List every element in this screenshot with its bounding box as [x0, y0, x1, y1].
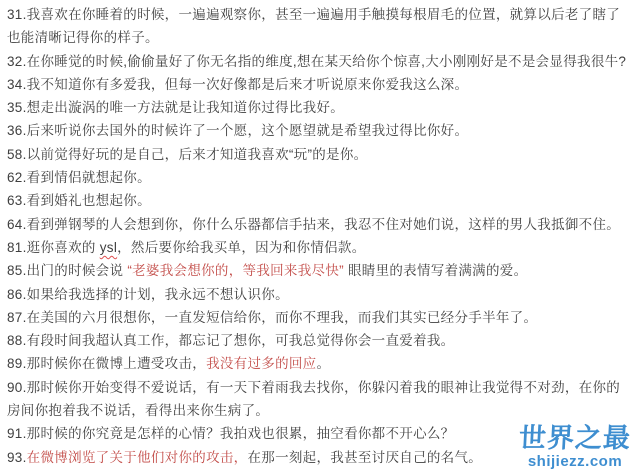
- text-segment: 81.逛你喜欢的: [7, 240, 100, 255]
- text-line: 87.在美国的六月很想你，一直发短信给你，而你不理我，而我们其实已经分手半年了。: [7, 306, 630, 329]
- text-segment: 32.在你睡觉的时候,偷偷量好了你无名指的维度,想在某天给你个惊喜,大小刚刚好是…: [7, 54, 626, 69]
- text-line: 85.出门的时候会说 “老婆我会想你的，等我回来我尽快” 眼睛里的表情写着满满的…: [7, 259, 630, 282]
- text-segment: 93.: [7, 450, 27, 465]
- text-segment: 。: [316, 356, 330, 371]
- text-segment: 89.那时候你在微博上遭受攻击，: [7, 356, 206, 371]
- text-segment: 58.以前觉得好玩的是自己，后来才知道我喜欢“玩”的是你。: [7, 147, 367, 162]
- text-line: 64.看到弹钢琴的人会想到你，你什么乐器都信手拈来，我忍不住对她们说，这样的男人…: [7, 213, 630, 236]
- text-segment: 64.看到弹钢琴的人会想到你，你什么乐器都信手拈来，我忍不住对她们说，这样的男人…: [7, 217, 620, 232]
- spellcheck-word: ysl: [100, 240, 117, 255]
- text-segment: 在那一刻起，我甚至讨厌自己的名气。: [247, 450, 482, 465]
- text-line: 90.那时候你开始变得不爱说话，有一天下着雨我去找你，你躲闪着我的眼神让我觉得不…: [7, 376, 630, 423]
- text-segment: 31.我喜欢在你睡着的时候，一遍遍观察你，甚至一遍遍用手触摸每根眉毛的位置，就算…: [7, 7, 620, 45]
- text-line: 62.看到情侣就想起你。: [7, 166, 630, 189]
- text-segment: 91.那时候的你究竟是怎样的心情？我拍戏也很累，抽空看你都不开心么？: [7, 426, 454, 441]
- text-page: 31.我喜欢在你睡着的时候，一遍遍观察你，甚至一遍遍用手触摸每根眉毛的位置，就算…: [0, 0, 633, 469]
- text-segment: 87.在美国的六月很想你，一直发短信给你，而你不理我，而我们其实已经分手半年了。: [7, 310, 537, 325]
- text-segment: 62.看到情侣就想起你。: [7, 170, 151, 185]
- text-line: 88.有段时间我超认真工作，都忘记了想你，可我总觉得你会一直爱着我。: [7, 329, 630, 352]
- text-segment: 35.想走出漩涡的唯一方法就是让我知道你过得比我好。: [7, 100, 344, 115]
- text-segment: 34.我不知道你有多爱我，但每一次好像都是后来才听说原来你爱我这么深。: [7, 77, 468, 92]
- text-segment: 86.如果给我选择的计划，我永远不想认识你。: [7, 287, 289, 302]
- text-segment: 眼睛里的表情写着满满的爱。: [344, 263, 527, 278]
- highlighted-text: 我没有过多的回应: [206, 356, 316, 371]
- text-line: 36.后来听说你去国外的时候许了一个愿，这个愿望就是希望我过得比你好。: [7, 119, 630, 142]
- highlighted-text: “老婆我会想你的，等我回来我尽快”: [127, 263, 344, 278]
- text-segment: ，然后要你给我买单，因为和你情侣款。: [117, 240, 365, 255]
- text-line: 34.我不知道你有多爱我，但每一次好像都是后来才听说原来你爱我这么深。: [7, 73, 630, 96]
- text-line: 81.逛你喜欢的 ysl，然后要你给我买单，因为和你情侣款。: [7, 236, 630, 259]
- text-line: 63.看到婚礼也想起你。: [7, 189, 630, 212]
- text-segment: 90.那时候你开始变得不爱说话，有一天下着雨我去找你，你躲闪着我的眼神让我觉得不…: [7, 380, 620, 418]
- text-segment: 88.有段时间我超认真工作，都忘记了想你，可我总觉得你会一直爱着我。: [7, 333, 454, 348]
- text-line: 86.如果给我选择的计划，我永远不想认识你。: [7, 283, 630, 306]
- watermark: 世界之最 shijiezz.com: [519, 425, 631, 469]
- text-line: 35.想走出漩涡的唯一方法就是让我知道你过得比我好。: [7, 96, 630, 119]
- text-segment: 63.看到婚礼也想起你。: [7, 193, 151, 208]
- text-line: 32.在你睡觉的时候,偷偷量好了你无名指的维度,想在某天给你个惊喜,大小刚刚好是…: [7, 50, 630, 73]
- text-list: 31.我喜欢在你睡着的时候，一遍遍观察你，甚至一遍遍用手触摸每根眉毛的位置，就算…: [7, 3, 630, 469]
- watermark-logo-text: 世界之最: [518, 425, 631, 452]
- text-segment: 85.出门的时候会说: [7, 263, 127, 278]
- text-segment: 36.后来听说你去国外的时候许了一个愿，这个愿望就是希望我过得比你好。: [7, 123, 468, 138]
- text-line: 89.那时候你在微博上遭受攻击，我没有过多的回应。: [7, 352, 630, 375]
- highlighted-text: 在微博浏览了关于他们对你的攻击，: [27, 450, 248, 465]
- text-line: 31.我喜欢在你睡着的时候，一遍遍观察你，甚至一遍遍用手触摸每根眉毛的位置，就算…: [7, 3, 630, 50]
- watermark-domain: shijiezz.com: [519, 454, 631, 469]
- text-line: 58.以前觉得好玩的是自己，后来才知道我喜欢“玩”的是你。: [7, 143, 630, 166]
